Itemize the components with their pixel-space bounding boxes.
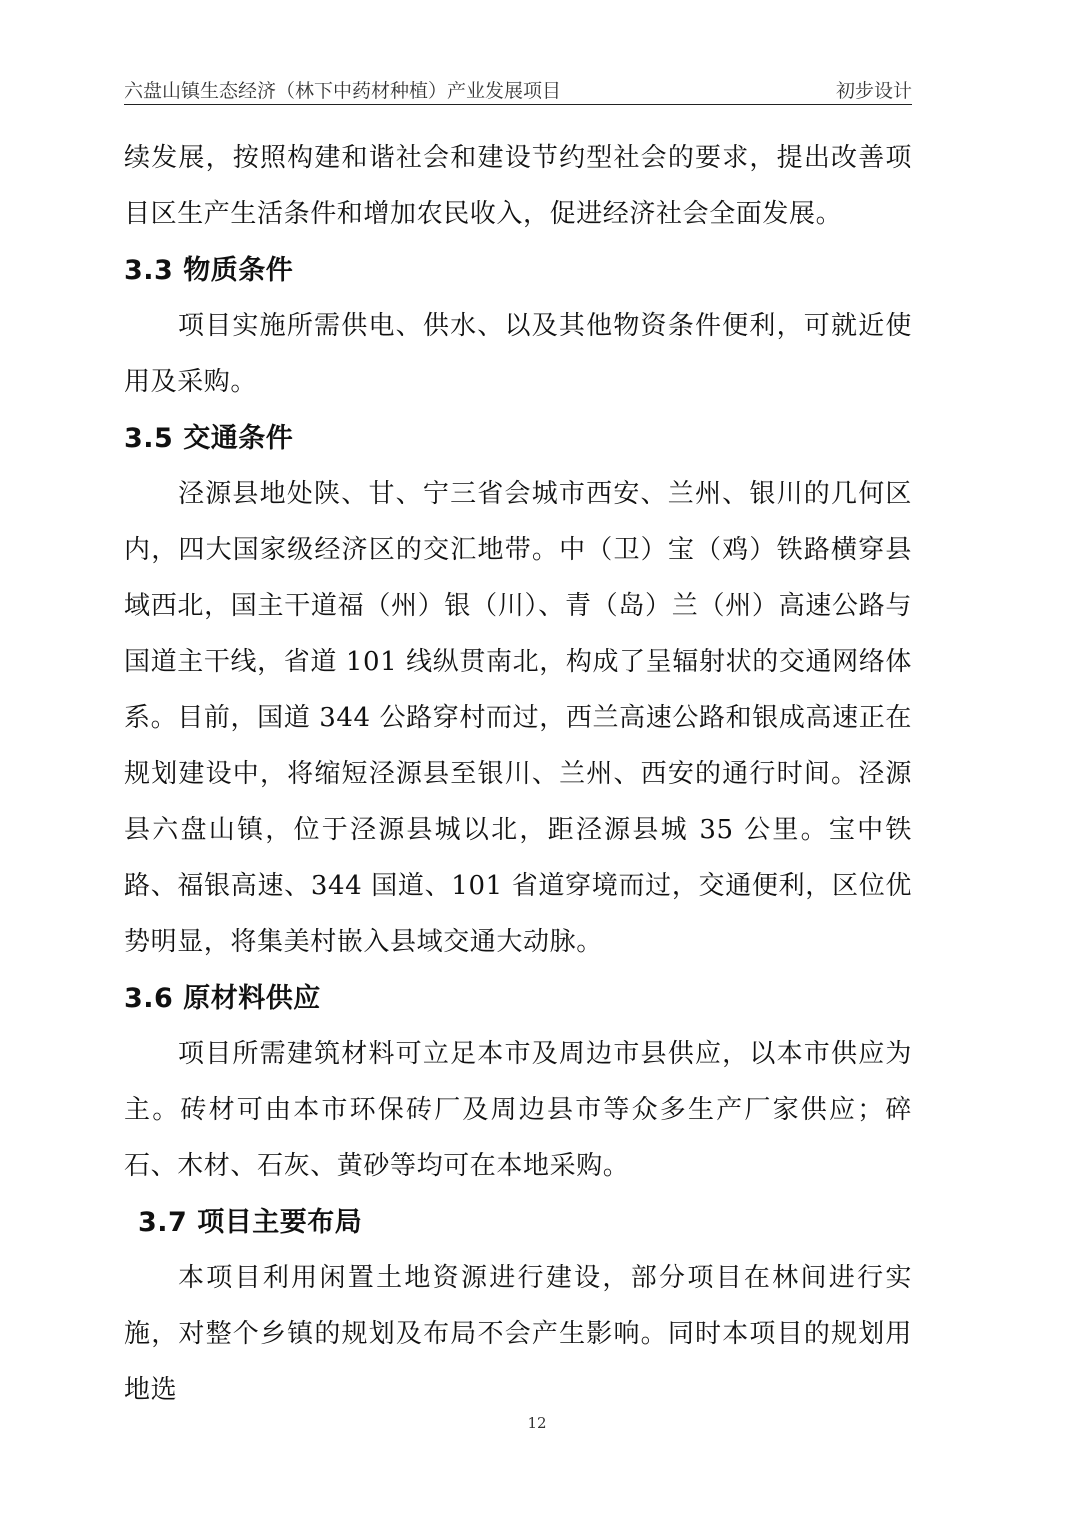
page-number: 12 <box>0 1414 1074 1432</box>
page-content: 续发展，按照构建和谐社会和建设节约型社会的要求，提出改善项目区生产生活条件和增加… <box>124 130 912 1418</box>
section-3-3-paragraph: 项目实施所需供电、供水、以及其他物资条件便利，可就近使 用及采购。 <box>124 298 912 410</box>
page-header: 六盘山镇生态经济（林下中药材种植）产业发展项目 初步设计 <box>124 74 912 105</box>
section-heading-3-3: 3.3 物质条件 <box>124 242 912 298</box>
document-title: 六盘山镇生态经济（林下中药材种植）产业发展项目 <box>124 76 561 103</box>
section-3-5-paragraph: 泾源县地处陕、甘、宁三省会城市西安、兰州、银川的几何区内，四大国家级经济区的交汇… <box>124 466 912 970</box>
design-stage-label: 初步设计 <box>836 76 912 103</box>
section-heading-3-5: 3.5 交通条件 <box>124 410 912 466</box>
intro-paragraph: 续发展，按照构建和谐社会和建设节约型社会的要求，提出改善项目区生产生活条件和增加… <box>124 130 912 242</box>
section-heading-3-7: 3.7 项目主要布局 <box>124 1194 912 1250</box>
section-3-7-paragraph: 本项目利用闲置土地资源进行建设，部分项目在林间进行实施，对整个乡镇的规划及布局不… <box>124 1250 912 1418</box>
section-heading-3-6: 3.6 原材料供应 <box>124 970 912 1026</box>
section-3-6-paragraph: 项目所需建筑材料可立足本市及周边市县供应，以本市供应为主。砖材可由本市环保砖厂及… <box>124 1026 912 1194</box>
